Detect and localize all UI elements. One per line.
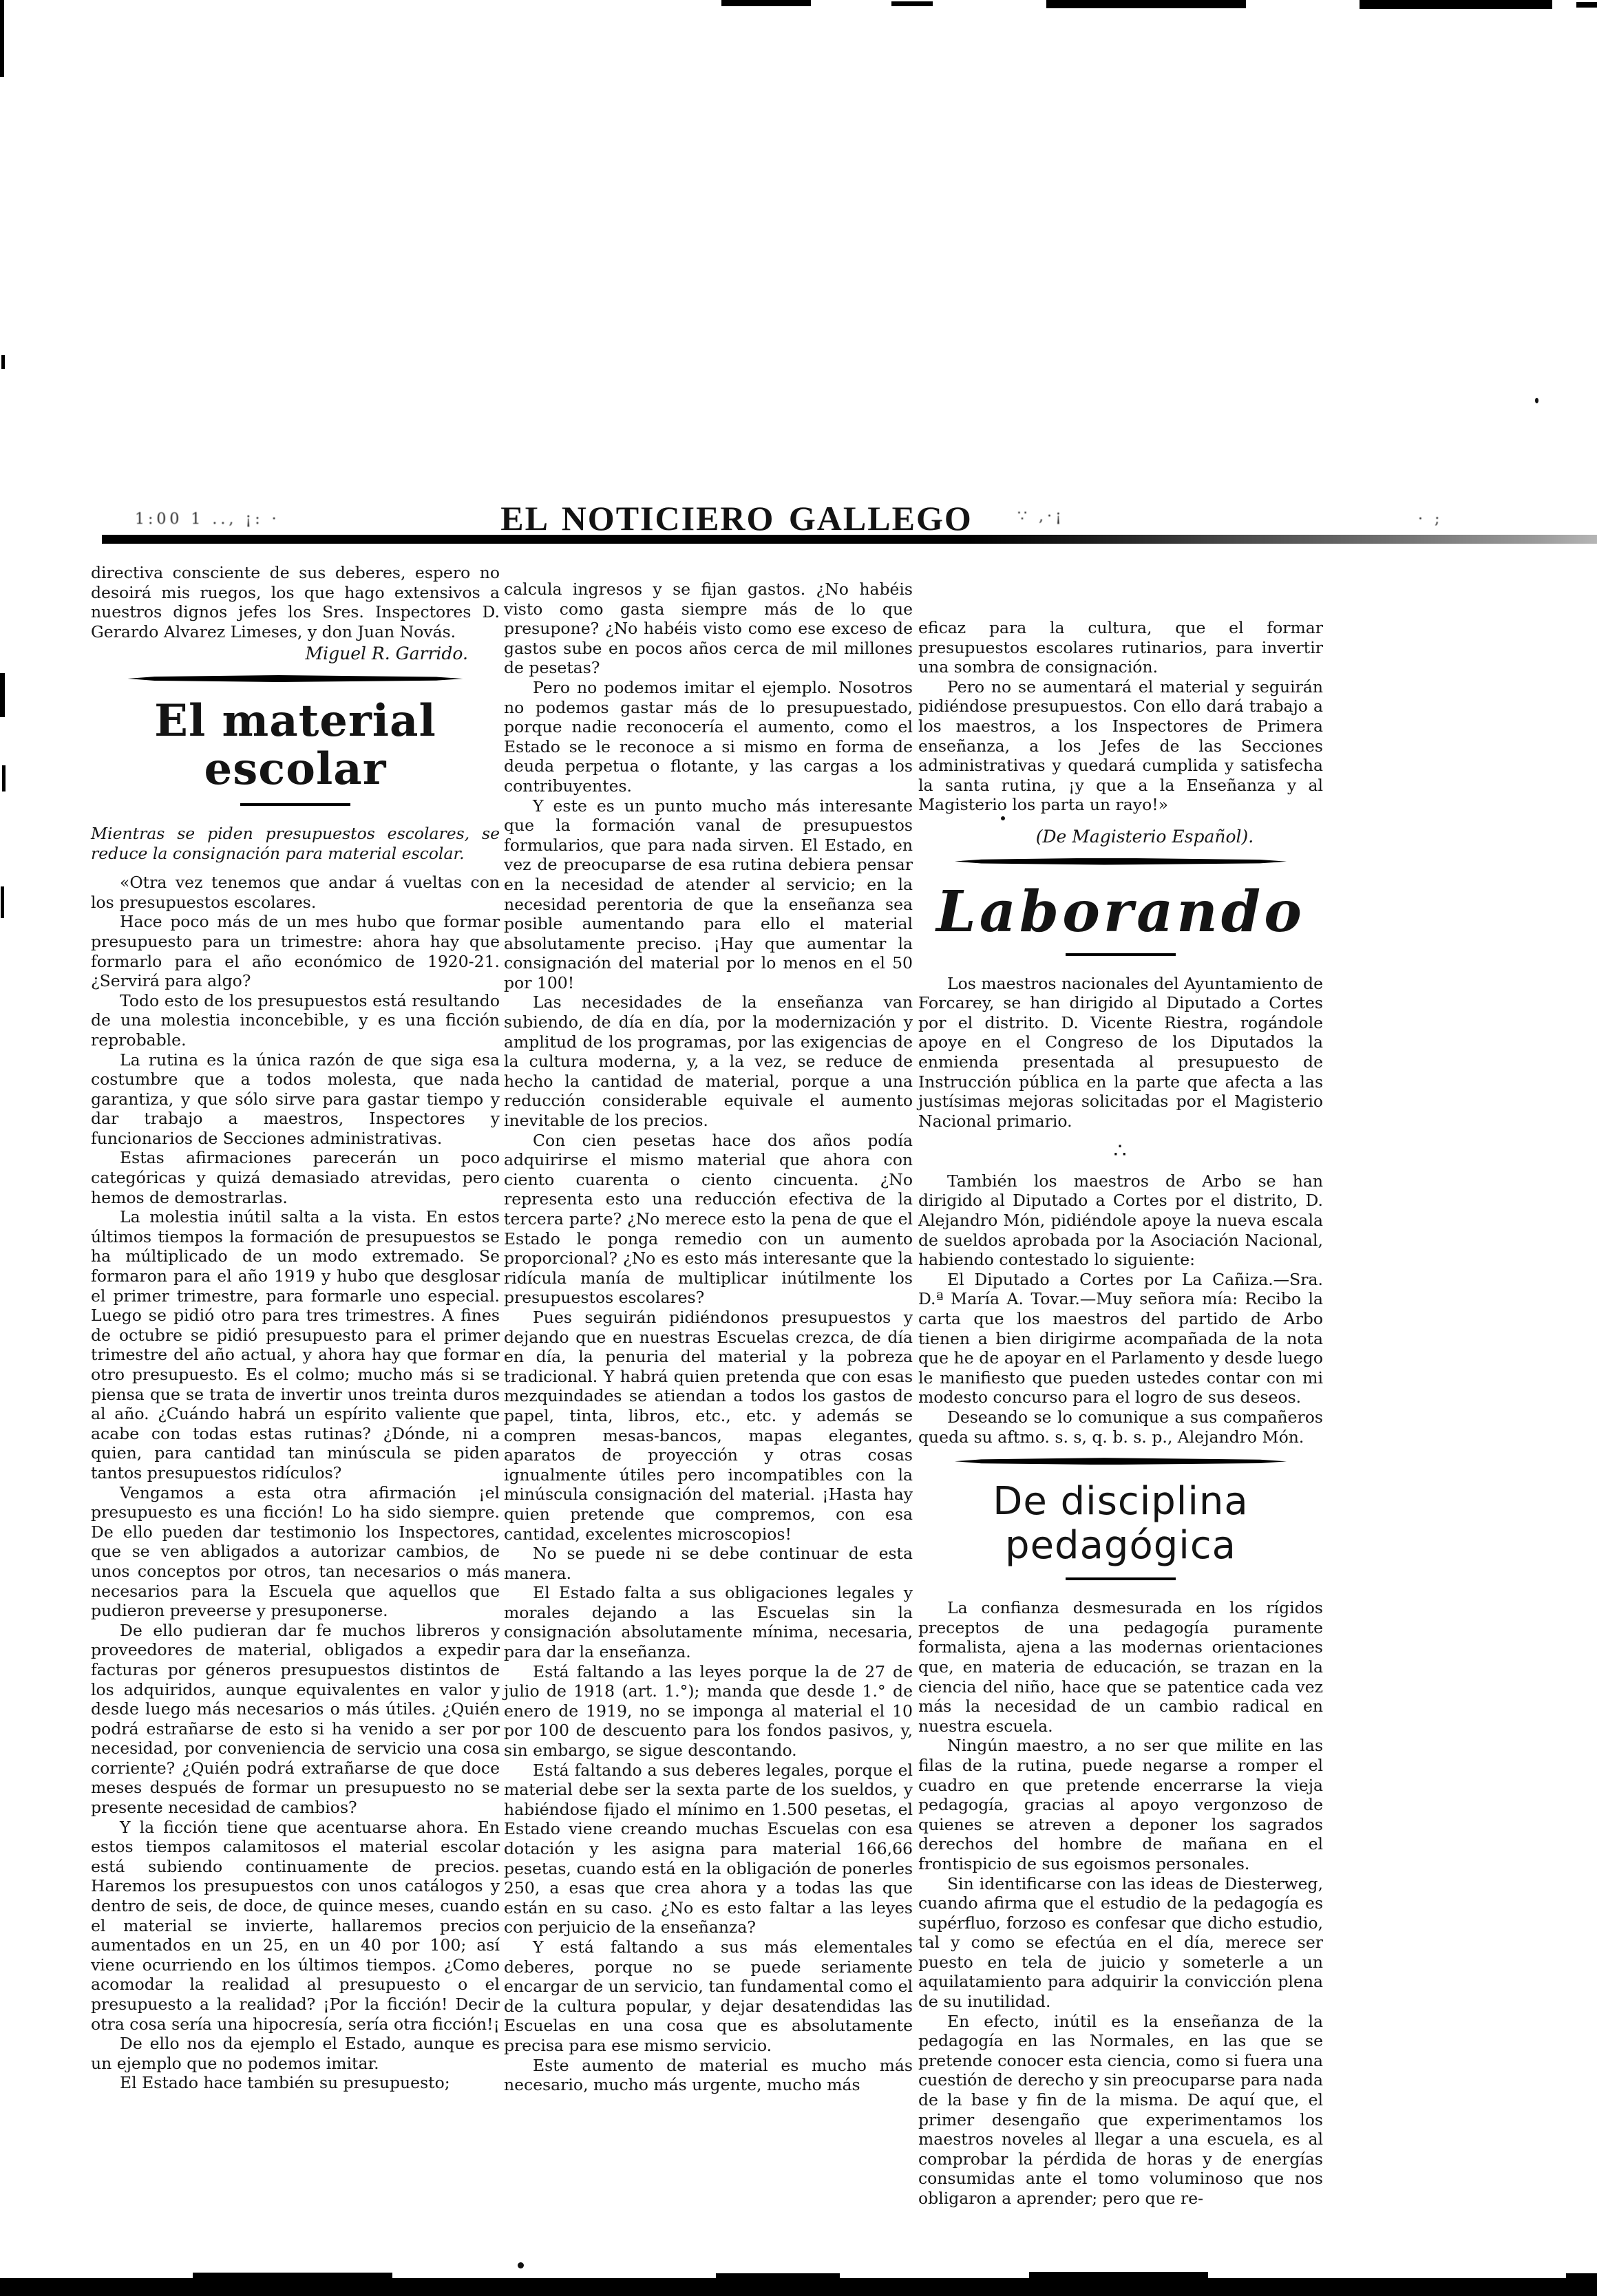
paragraph: El Estado hace también su presupuesto;	[91, 2073, 500, 2093]
scan-noise-text: · ;	[1418, 511, 1443, 528]
tapered-divider-rule	[955, 1458, 1287, 1465]
paragraph: Estas afirmaciones parecerán un poco cat…	[91, 1148, 500, 1207]
short-divider-rule	[1066, 1577, 1176, 1580]
paragraph: Y está faltando a sus más elementales de…	[504, 1937, 913, 2056]
paragraph: En efecto, inútil es la enseñanza de la …	[918, 2012, 1323, 2209]
paragraph: Todo esto de los presupuestos está resul…	[91, 991, 500, 1050]
paragraph: Hace poco más de un mes hubo que formar …	[91, 912, 500, 990]
article-heading: De disciplina pedagógica	[918, 1480, 1323, 1568]
scan-noise-text: 1:00 1 .., ¡: ·	[135, 511, 280, 528]
scan-top-dash	[891, 1, 933, 6]
scan-speck	[2, 765, 6, 791]
scan-bottom-band	[0, 2278, 1597, 2296]
paragraph-continuation: calcula ingresos y se fijan gastos. ¿No …	[504, 580, 913, 678]
paragraph: Vengamos a esta otra afirmación ¡el pres…	[91, 1483, 500, 1621]
paragraph: Los maestros nacionales del Ayuntamiento…	[918, 974, 1323, 1131]
scan-noise-text: ∵ ,·¡	[1017, 508, 1065, 525]
author-signature: Miguel R. Garrido.	[91, 644, 468, 664]
paragraph: De ello nos da ejemplo el Estado, aunque…	[91, 2034, 500, 2073]
short-divider-rule	[1066, 953, 1176, 956]
scan-speck	[518, 2262, 524, 2268]
paragraph: La molestia inútil salta a la vista. En …	[91, 1207, 500, 1482]
paragraph: No se puede ni se debe continuar de esta…	[504, 1544, 913, 1583]
paragraph: Pero no se aumentará el material y segui…	[918, 677, 1323, 815]
scan-speck	[0, 673, 5, 717]
newspaper-page: 1:00 1 .., ¡: · EL NOTICIERO GALLEGO ∵ ,…	[0, 0, 1597, 2296]
paragraph: El Diputado a Cortes por La Cañiza.—Sra.…	[918, 1270, 1323, 1407]
paragraph: Y este es un punto mucho más interesante…	[504, 796, 913, 993]
masthead-title: EL NOTICIERO GALLEGO	[475, 498, 998, 538]
article-lede: Mientras se piden presupuestos escolares…	[91, 824, 500, 863]
paragraph: De ello pudieran dar fe muchos libreros …	[91, 1621, 500, 1818]
paragraph: Ningún maestro, a no ser que milite en l…	[918, 1736, 1323, 1873]
column-1: directiva consciente de sus deberes, esp…	[91, 563, 500, 2093]
column-2: calcula ingresos y se fijan gastos. ¿No …	[504, 580, 913, 2095]
paragraph: Está faltando a sus deberes legales, por…	[504, 1761, 913, 1937]
paragraph: Con cien pesetas hace dos años podía adq…	[504, 1131, 913, 1308]
paragraph-continuation: directiva consciente de sus deberes, esp…	[91, 563, 500, 641]
scan-speck	[1, 886, 4, 918]
paragraph-continuation: eficaz para la cultura, que el formar pr…	[918, 618, 1323, 677]
scan-left-line	[0, 0, 4, 77]
paragraph: También los maestros de Arbo se han diri…	[918, 1171, 1323, 1270]
tapered-divider-rule: ·S ¦¡A	[127, 675, 463, 682]
article-heading: El material escolar	[91, 697, 500, 794]
column-3: eficaz para la cultura, que el formar pr…	[918, 618, 1323, 2209]
paragraph: Pues seguirán pidiéndonos presupuestos y…	[504, 1308, 913, 1544]
scan-top-dash	[721, 0, 811, 6]
article-heading: Laborando	[918, 880, 1323, 944]
paragraph: La rutina es la única razón de que siga …	[91, 1050, 500, 1149]
paragraph: El Estado falta a sus obligaciones legal…	[504, 1583, 913, 1661]
paragraph: Deseando se lo comunique a sus compañero…	[918, 1407, 1323, 1447]
scan-top-dash	[1360, 0, 1552, 9]
paragraph: Pero no podemos imitar el ejemplo. Nosot…	[504, 678, 913, 796]
paragraph: La confianza desmesurada en los rígidos …	[918, 1598, 1323, 1736]
scan-top-dash	[1046, 0, 1246, 8]
paragraph: Y la ficción tiene que acentuarse ahora.…	[91, 1818, 500, 2034]
paragraph: Este aumento de material es mucho más ne…	[504, 2056, 913, 2095]
source-credit: (De Magisterio Español).	[918, 827, 1323, 847]
tapered-divider-rule	[955, 858, 1287, 865]
masthead-rule	[102, 535, 1597, 544]
paragraph: Las necesidades de la enseñanza van subi…	[504, 992, 913, 1130]
short-divider-rule	[240, 803, 350, 806]
scan-speck	[1535, 398, 1538, 403]
scan-top-dash	[1576, 2, 1597, 8]
paragraph: Está faltando a las leyes porque la de 2…	[504, 1662, 913, 1761]
paragraph: «Otra vez tenemos que andar á vueltas co…	[91, 873, 500, 912]
scan-speck	[1, 355, 5, 369]
paragraph: Sin identificarse con las ideas de Diest…	[918, 1874, 1323, 2012]
asterism-divider: ∴	[918, 1142, 1323, 1162]
